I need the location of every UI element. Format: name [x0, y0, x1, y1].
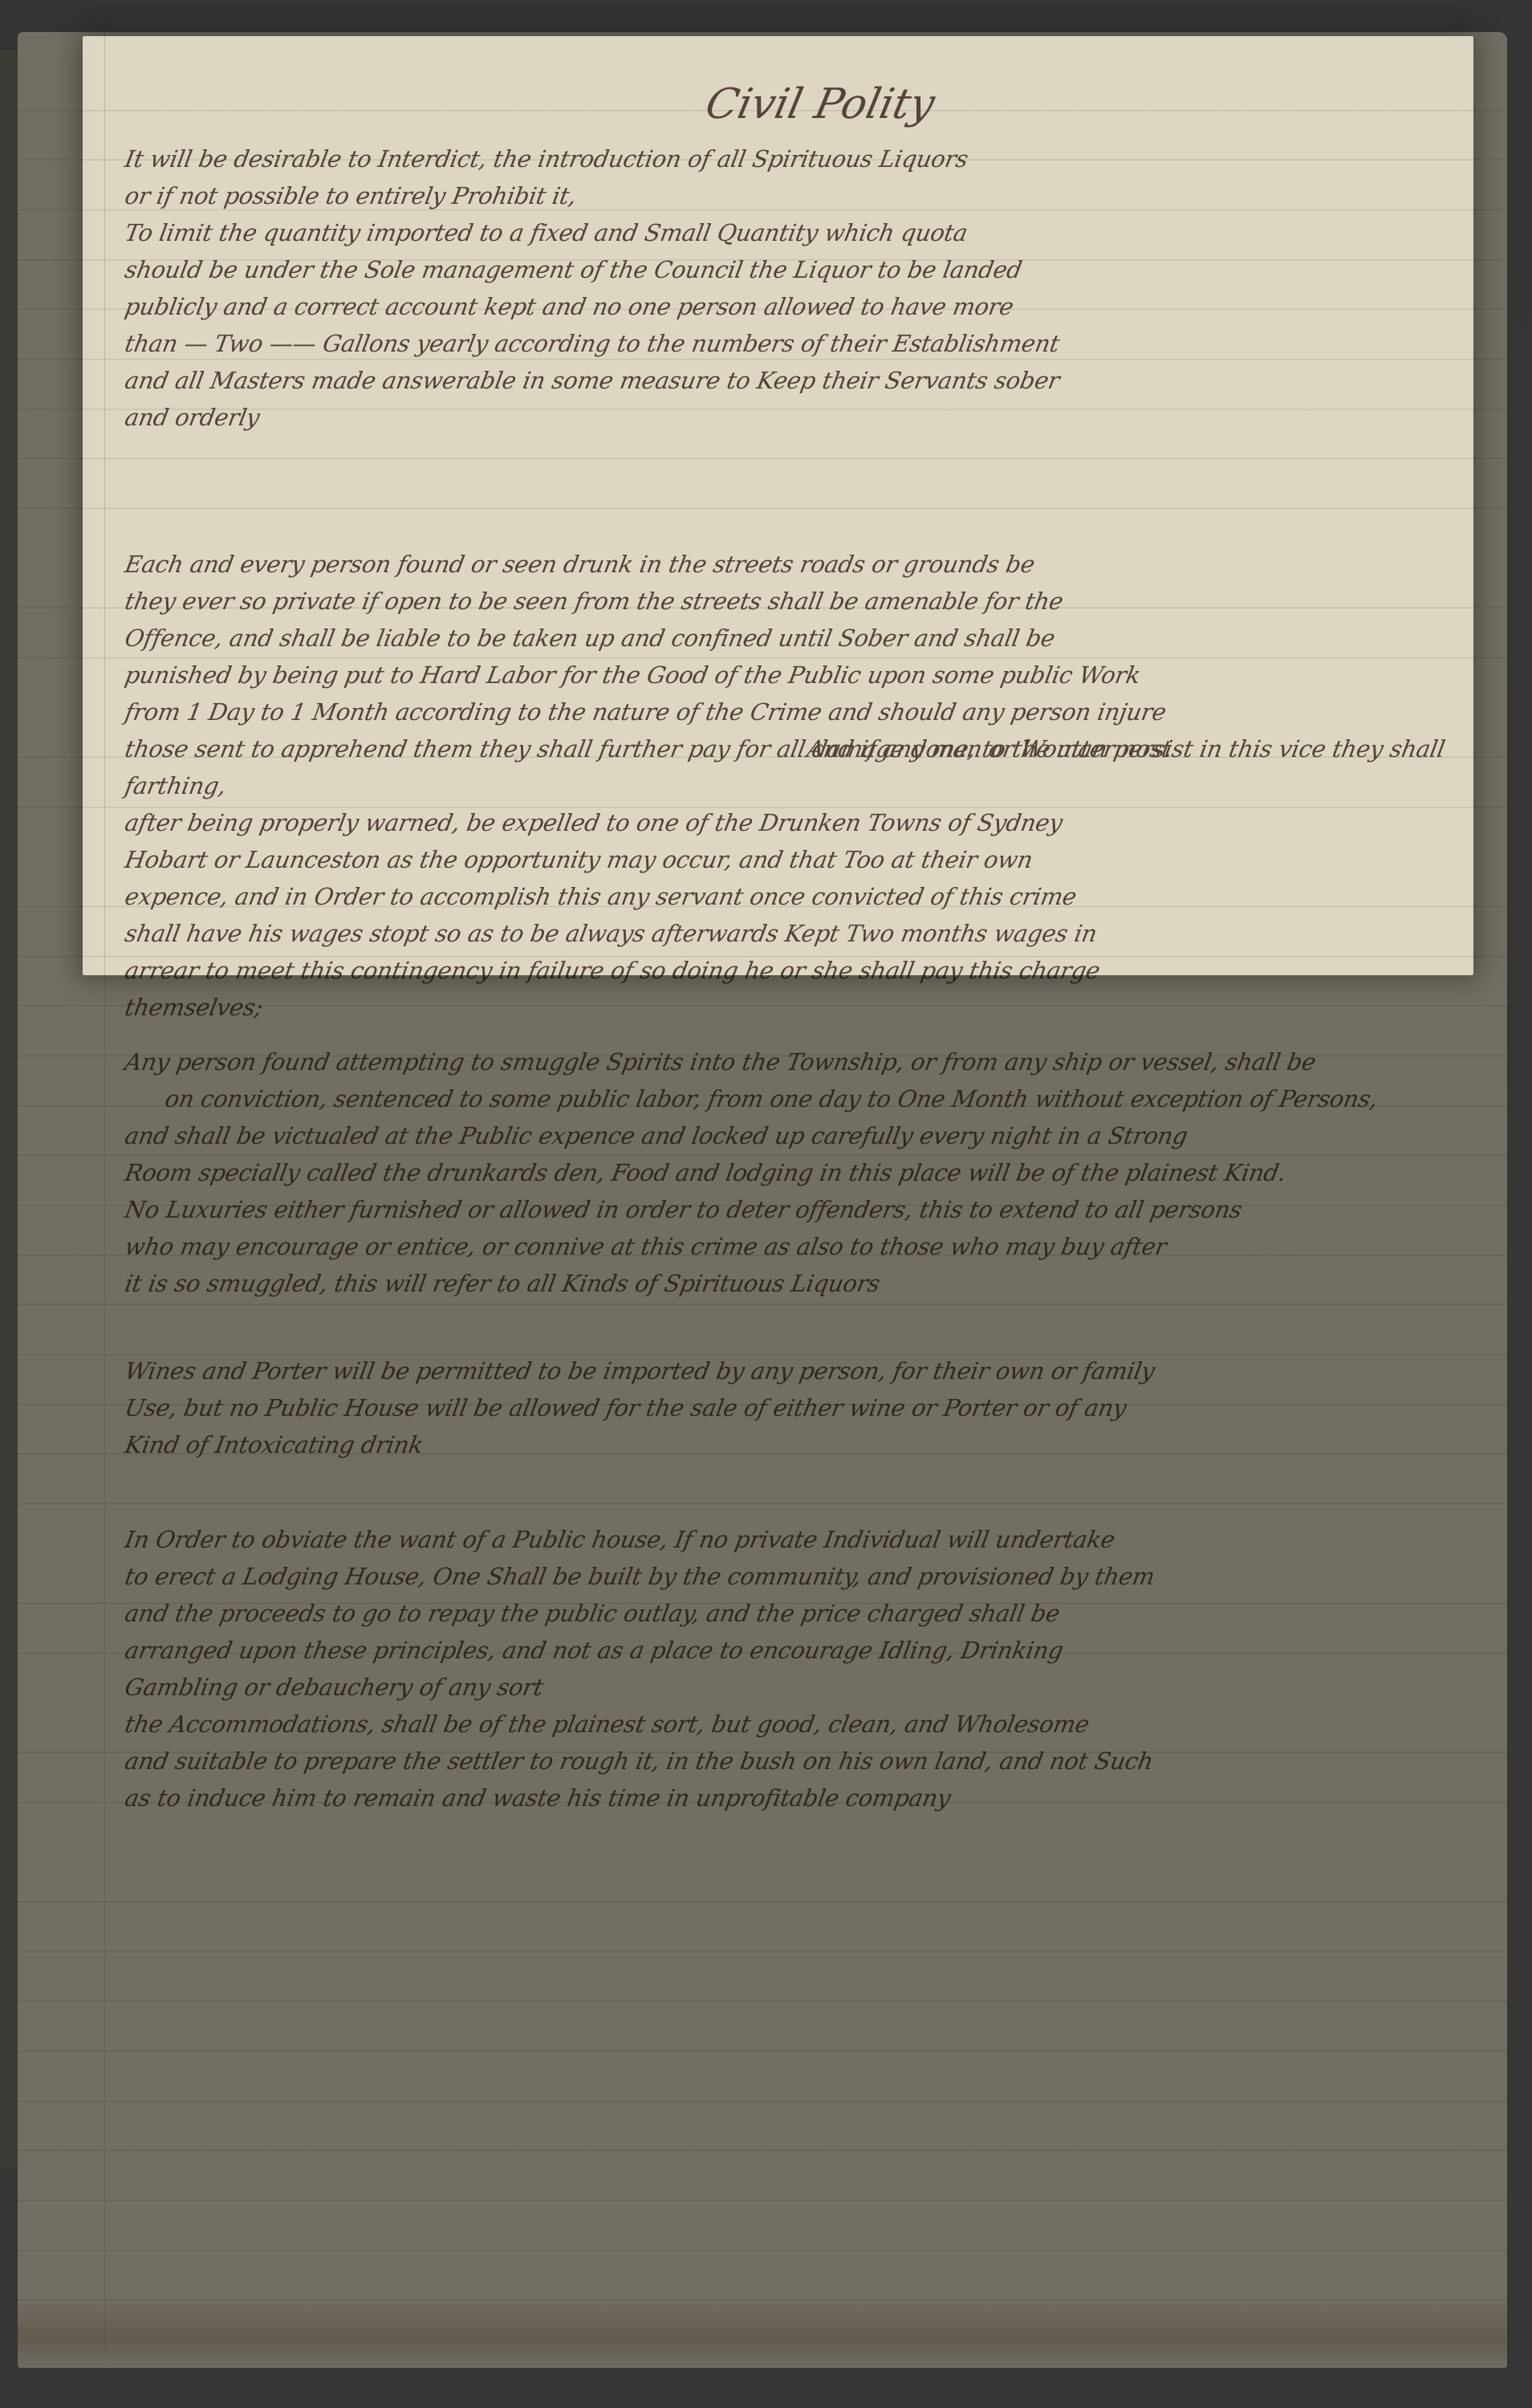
text-line: than — Two —— Gallons yearly according t…: [122, 325, 1493, 362]
text-line: Room specially called the drunkards den,…: [122, 1154, 1493, 1191]
text-line: as to induce him to remain and waste his…: [122, 1780, 1493, 1816]
text-line: themselves;: [122, 989, 1493, 1026]
text-line: Each and every person found or seen drun…: [122, 546, 1493, 583]
paragraph-drunkenness: Each and every person found or seen drun…: [122, 546, 1486, 1026]
paragraph-spirituous-liquors: It will be desirable to Interdict, the i…: [122, 140, 1486, 436]
text-line: the Accommodations, shall be of the plai…: [122, 1706, 1493, 1743]
text-line: who may encourage or entice, or connive …: [122, 1228, 1493, 1265]
text-line: on conviction, sentenced to some public …: [122, 1080, 1493, 1117]
text-line: And if any man or Woman persist in this …: [804, 730, 1448, 767]
text-line: Gambling or debauchery of any sort: [122, 1669, 1493, 1706]
text-line: and suitable to prepare the settler to r…: [122, 1743, 1493, 1780]
text-line: arrear to meet this contingency in failu…: [122, 952, 1493, 989]
text-line: shall have his wages stopt so as to be a…: [122, 915, 1493, 952]
text-line: from 1 Day to 1 Month according to the n…: [122, 694, 1493, 730]
text-line: to erect a Lodging House, One Shall be b…: [122, 1558, 1493, 1595]
text-line: To limit the quantity imported to a fixe…: [122, 214, 1493, 251]
text-line: or if not possible to entirely Prohibit …: [122, 177, 1493, 214]
paragraph-wines-porter: Wines and Porter will be permitted to be…: [122, 1352, 1486, 1463]
text-line: Use, but no Public House will be allowed…: [122, 1389, 1493, 1426]
text-line: after being properly warned, be expelled…: [122, 804, 1493, 841]
text-line: farthing,: [122, 767, 449, 804]
text-line: Hobart or Launceston as the opportunity …: [122, 841, 1493, 878]
text-line: and the proceeds to go to repay the publ…: [122, 1595, 1493, 1632]
text-line: arranged upon these principles, and not …: [122, 1632, 1493, 1669]
text-line: it is so smuggled, this will refer to al…: [122, 1265, 1493, 1302]
paragraph-lodging-house: In Order to obviate the want of a Public…: [122, 1521, 1486, 1816]
text-line: publicly and a correct account kept and …: [122, 288, 1493, 325]
text-line: Wines and Porter will be permitted to be…: [122, 1352, 1493, 1389]
text-line: and all Masters made answerable in some …: [122, 362, 1493, 399]
text-line: and orderly: [122, 399, 1493, 436]
text-line: No Luxuries either furnished or allowed …: [122, 1191, 1493, 1228]
text-line: expence, and in Order to accomplish this…: [122, 878, 1493, 915]
text-line: punished by being put to Hard Labor for …: [122, 657, 1493, 694]
text-line: In Order to obviate the want of a Public…: [122, 1521, 1493, 1558]
text-line: should be under the Sole management of t…: [122, 251, 1493, 288]
manuscript-leaf: Civil Polity It will be desirable to Int…: [18, 32, 1507, 2368]
paragraph-smuggling: Any person found attempting to smuggle S…: [122, 1043, 1486, 1302]
margin-line: [104, 32, 105, 2368]
text-line: they ever so private if open to be seen …: [122, 583, 1493, 620]
page-title: Civil Polity: [615, 80, 1026, 128]
text-line: Any person found attempting to smuggle S…: [122, 1043, 1493, 1080]
text-line: and shall be victualed at the Public exp…: [122, 1117, 1493, 1154]
text-line: It will be desirable to Interdict, the i…: [122, 140, 1493, 177]
text-line: Offence, and shall be liable to be taken…: [122, 620, 1493, 657]
text-line: Kind of Intoxicating drink: [122, 1426, 1493, 1463]
